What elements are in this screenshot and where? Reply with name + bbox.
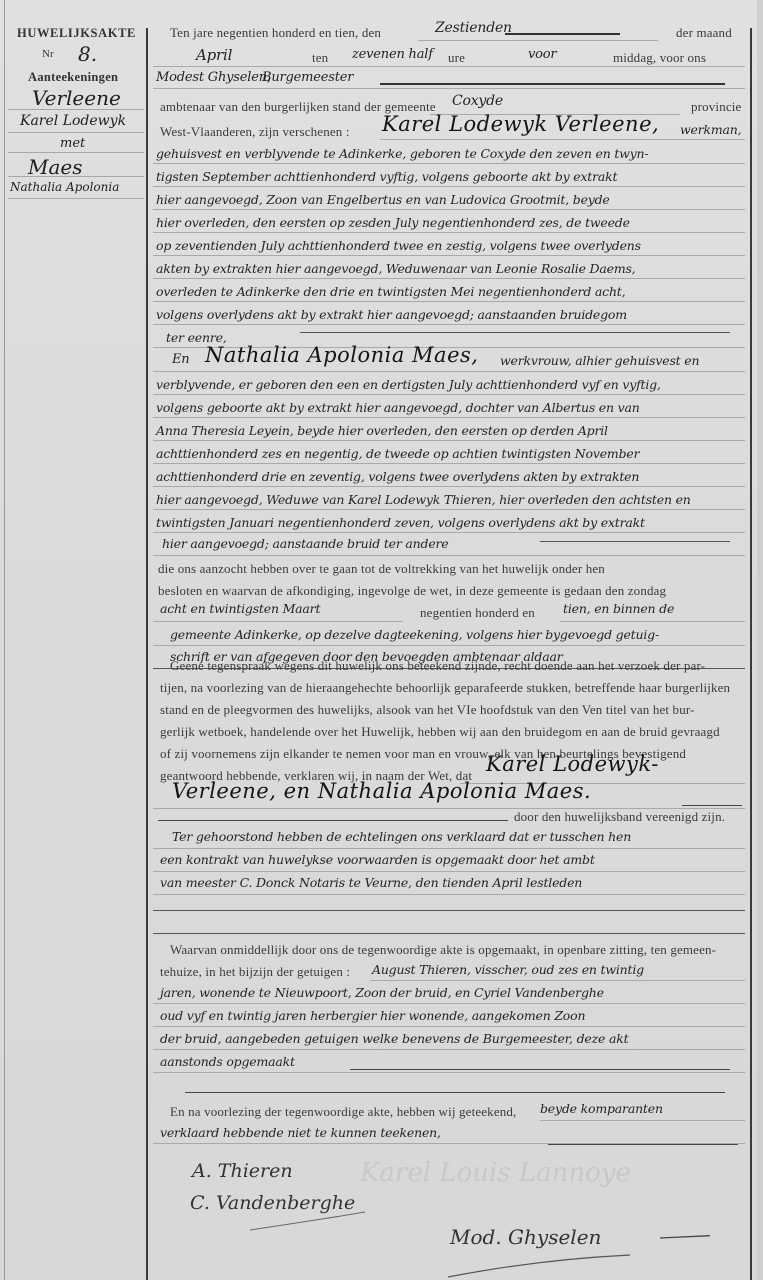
margin-rule	[8, 152, 144, 153]
declared-couple-names: Verleene, en Nathalia Apolonia Maes.	[172, 779, 591, 803]
fill-rule	[153, 486, 745, 487]
fill-rule	[153, 910, 745, 911]
handwritten-line: gehuisvest en verblyvende te Adinkerke, …	[156, 146, 648, 161]
fill-rule	[153, 301, 745, 302]
fill-rule	[153, 1072, 745, 1073]
signature-flourish	[230, 1210, 370, 1240]
handwritten-line: der bruid, aangebeden getuigen welke ben…	[160, 1031, 628, 1046]
annotations-label: Aanteekeningen	[28, 70, 118, 85]
right-border-line	[750, 28, 752, 1280]
handwritten-line: een kontrakt van huwelykse voorwaarden i…	[160, 852, 595, 867]
printed-text: West-Vlaanderen, zijn verschenen :	[160, 124, 350, 140]
fill-dash	[548, 1144, 738, 1145]
document-page: HUWELIJKSAKTE Nr 8. Aanteekeningen Verle…	[0, 0, 763, 1280]
fill-rule	[153, 209, 745, 210]
page-edge	[757, 0, 763, 1280]
bride-occupation: werkvrouw, alhier gehuisvest en	[500, 353, 699, 368]
fill-dash	[505, 33, 620, 35]
fill-rule	[153, 255, 745, 256]
fill-rule	[153, 509, 745, 510]
handwritten-line: hier overleden, den eersten op zesden Ju…	[156, 215, 630, 230]
fill-rule	[153, 645, 745, 646]
handwritten-line: aanstonds opgemaakt	[160, 1054, 295, 1069]
printed-text: Ten jare negentien honderd en tien, den	[170, 25, 381, 41]
handwritten-line: Ter gehoorstond hebben de echtelingen on…	[172, 829, 631, 844]
handwritten-line: akten by extrakten hier aangevoegd, Wedu…	[156, 261, 635, 276]
handwritten-line: van meester C. Donck Notaris te Veurne, …	[160, 875, 582, 890]
groom-occupation: werkman,	[680, 122, 741, 137]
fill-rule	[153, 532, 745, 533]
fill-rule	[153, 1049, 745, 1050]
handwritten-witness-1: August Thieren, visscher, oud zes en twi…	[372, 962, 644, 977]
groom-full-name: Karel Lodewyk Verleene,	[382, 112, 659, 136]
handwritten-day: Zestienden	[435, 20, 512, 36]
fill-rule	[153, 871, 745, 872]
handwritten-line: hier aangevoegd; aanstaande bruid ter an…	[162, 536, 449, 551]
printed-text: ure	[448, 50, 465, 66]
handwritten-line: gemeente Adinkerke, op dezelve dagteeken…	[170, 627, 659, 642]
handwritten-line: achttienhonderd zes en negentig, de twee…	[156, 446, 639, 461]
signature-flourish	[380, 1230, 710, 1280]
declared-groom-name: Karel Lodewyk-	[486, 752, 659, 776]
handwritten-line: hier aangevoegd, Weduwe van Karel Lodewy…	[156, 492, 691, 507]
printed-text: tijen, na voorlezing van de hieraangehec…	[160, 680, 730, 696]
printed-text: der maand	[676, 25, 732, 41]
fill-rule	[380, 139, 745, 140]
fill-rule	[153, 555, 745, 556]
fill-rule	[153, 324, 745, 325]
fill-rule	[560, 621, 745, 622]
margin-groom-surname: Verleene	[32, 86, 121, 110]
fill-rule	[153, 1003, 745, 1004]
handwritten-prefix: En	[172, 352, 189, 367]
fill-rule	[153, 848, 745, 849]
fill-dash	[682, 805, 742, 806]
fill-rule	[153, 621, 403, 622]
fill-rule	[540, 1120, 745, 1121]
handwritten-line: twintigsten Januari negentienhonderd zev…	[156, 515, 645, 530]
fill-rule	[153, 232, 745, 233]
handwritten-official-title: Burgemeester	[262, 70, 353, 85]
printed-text: provincie	[691, 99, 741, 115]
handwritten-line: tigsten September achttienhonderd vyftig…	[156, 169, 617, 184]
fill-dash	[300, 332, 730, 333]
printed-text: middag, voor ons	[613, 50, 706, 66]
fill-rule	[153, 440, 745, 441]
fill-dash	[540, 541, 730, 542]
bleed-through-signature: Karel Louis Lannoye	[360, 1158, 631, 1188]
printed-text: Waarvan onmiddellijk door ons de tegenwo…	[170, 942, 716, 958]
handwritten-closing: verklaard hebbende niet te kunnen teeken…	[160, 1125, 441, 1140]
printed-text: gerlijk wetboek, handelende over het Huw…	[160, 724, 720, 740]
handwritten-official-name: Modest Ghyselen,	[156, 70, 271, 85]
fill-dash	[185, 1092, 725, 1093]
margin-bride-given: Nathalia Apolonia	[10, 180, 119, 194]
margin-rule	[8, 132, 144, 133]
fill-rule	[153, 66, 745, 67]
margin-bride-surname: Maes	[28, 155, 83, 179]
fill-rule	[153, 394, 745, 395]
act-number-value: 8.	[78, 42, 97, 66]
handwritten-line: hier aangevoegd, Zoon van Engelbertus en…	[156, 192, 610, 207]
fill-dash	[350, 1069, 730, 1070]
witness-1-signature: A. Thieren	[192, 1160, 293, 1182]
act-type-title: HUWELIJKSAKTE	[17, 26, 136, 41]
handwritten-ampm: voor	[528, 47, 556, 62]
fill-rule	[418, 40, 658, 41]
handwritten-line: overleden te Adinkerke den drie en twint…	[156, 284, 625, 299]
act-number-label: Nr	[42, 48, 54, 60]
fill-rule	[153, 463, 745, 464]
fill-dash	[380, 83, 725, 85]
handwritten-line: oud vyf en twintig jaren herbergier hier…	[160, 1008, 585, 1023]
bride-full-name: Nathalia Apolonia Maes,	[205, 343, 478, 367]
fill-rule	[153, 1026, 745, 1027]
printed-text: door den huwelijksband vereenigd zijn.	[514, 809, 725, 825]
handwritten-banns-year: tien, en binnen de	[563, 601, 674, 616]
fill-rule	[153, 933, 745, 934]
fill-rule	[153, 88, 745, 89]
fill-dash	[158, 820, 508, 821]
margin-border-line	[146, 28, 148, 1280]
printed-text: negentien honderd en	[420, 605, 535, 621]
handwritten-municipality: Coxyde	[452, 93, 503, 109]
handwritten-line: volgens overlydens akt by extrakt hier a…	[156, 307, 627, 322]
handwritten-closing: beyde komparanten	[540, 1101, 663, 1116]
handwritten-line: op zeventienden July achttienhonderd twe…	[156, 238, 641, 253]
fill-rule	[370, 980, 745, 981]
fill-rule	[153, 186, 745, 187]
handwritten-banns-date: acht en twintigsten Maart	[160, 601, 320, 616]
printed-text: Geene tegenspraak wegens dit huwelijk on…	[170, 658, 705, 674]
printed-text: stand en de pleegvormen des huwelijks, a…	[160, 702, 695, 718]
margin-conjunction: met	[60, 136, 85, 151]
handwritten-line: Anna Theresia Leyein, beyde hier overled…	[156, 423, 608, 438]
handwritten-line: verblyvende, er geboren den een en derti…	[156, 377, 661, 392]
printed-text: besloten en waarvan de afkondiging, inge…	[158, 583, 666, 599]
fill-rule	[153, 371, 745, 372]
outer-edge-line	[4, 0, 5, 1280]
fill-rule	[153, 417, 745, 418]
printed-text: En na voorlezing der tegenwoordige akte,…	[170, 1104, 516, 1120]
printed-text: die ons aanzocht hebben over te gaan tot…	[158, 561, 605, 577]
fill-rule	[153, 894, 745, 895]
printed-text: ten	[312, 50, 328, 66]
printed-text: tehuize, in het bijzijn der getuigen :	[160, 964, 350, 980]
handwritten-line: volgens geboorte akt by extrakt hier aan…	[156, 400, 640, 415]
fill-rule	[153, 163, 745, 164]
margin-rule	[8, 198, 144, 199]
handwritten-month: April	[196, 46, 232, 64]
handwritten-hour: zevenen half	[352, 47, 433, 62]
margin-groom-given: Karel Lodewyk	[20, 113, 126, 129]
handwritten-line: achttienhonderd drie en zeventig, volgen…	[156, 469, 639, 484]
fill-rule	[153, 278, 745, 279]
handwritten-line: jaren, wonende te Nieuwpoort, Zoon der b…	[160, 985, 604, 1000]
